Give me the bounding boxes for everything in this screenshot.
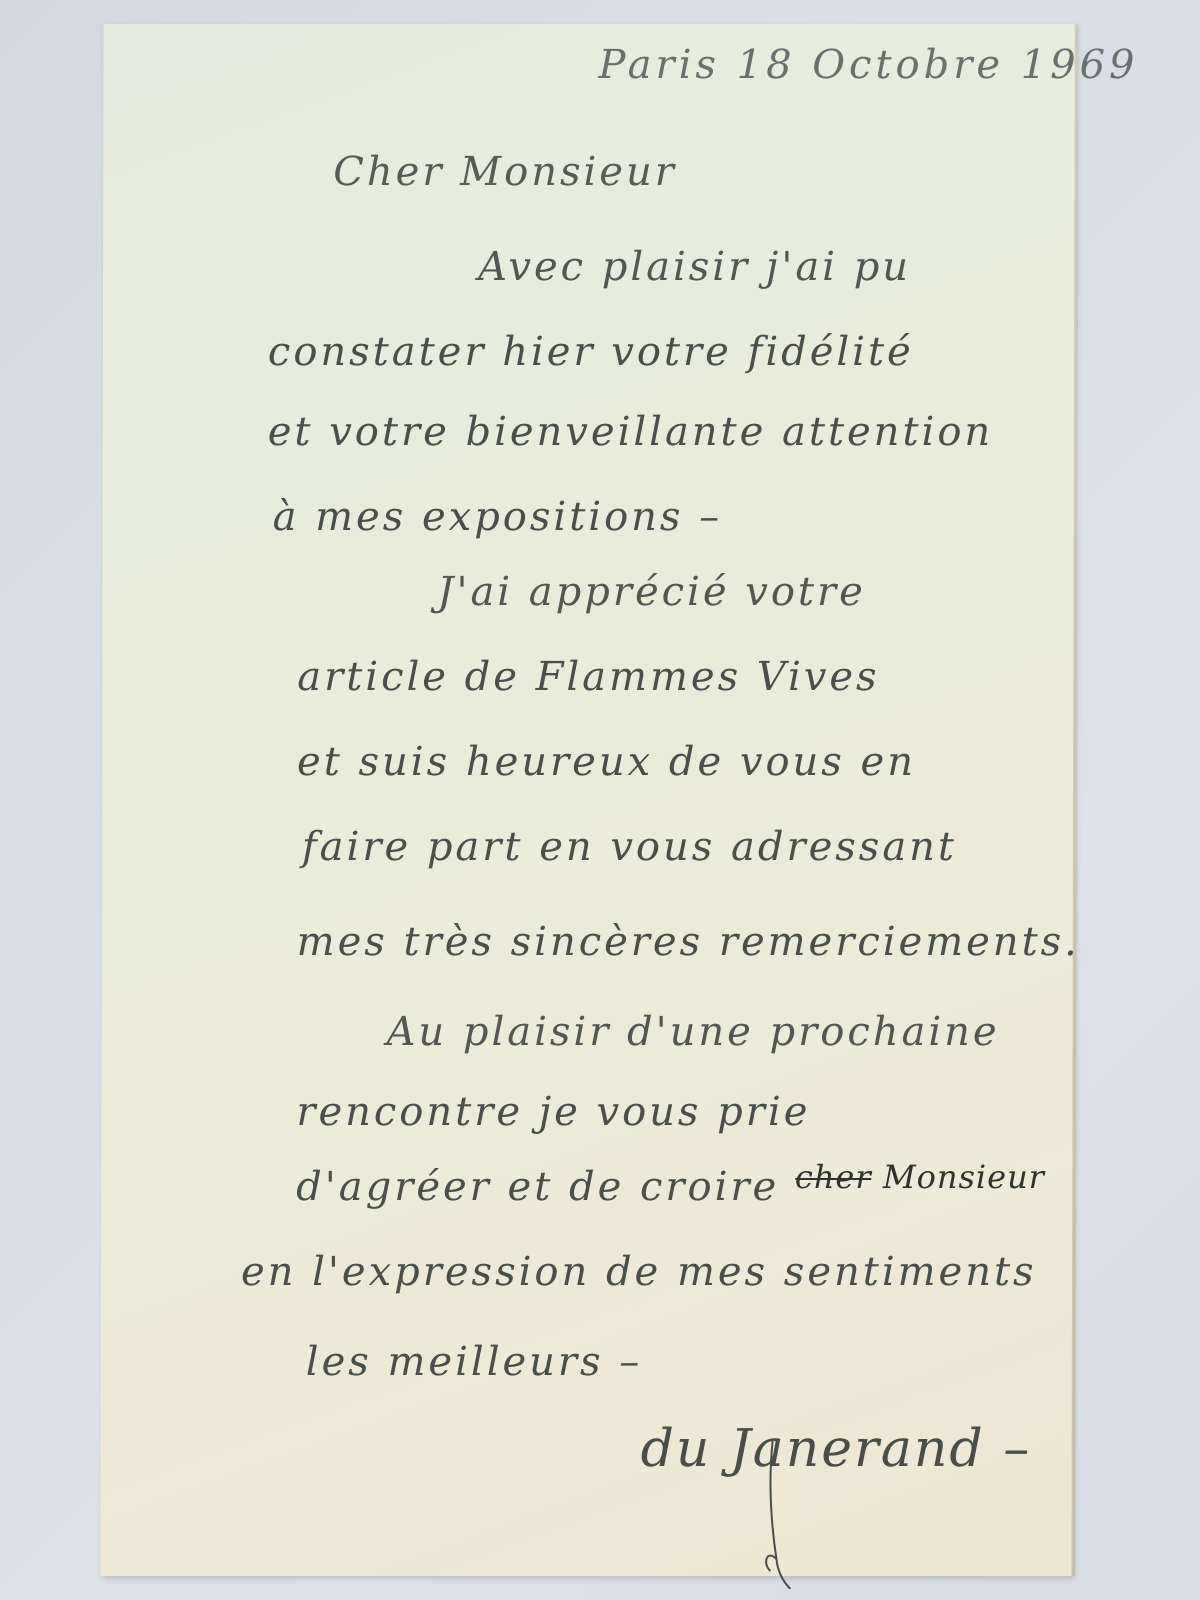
date-line: Paris 18 Octobre 1969: [598, 42, 1138, 88]
body-line-14: les meilleurs –: [306, 1339, 643, 1385]
body-line-11: rencontre je vous prie: [296, 1089, 810, 1135]
inserted-word: Monsieur: [872, 1158, 1045, 1196]
body-line-12-text: d'agréer et de croire: [296, 1164, 779, 1210]
body-line-7: et suis heureux de vous en: [297, 739, 916, 785]
body-line-4: à mes expositions –: [273, 494, 723, 540]
body-line-12: d'agréer et de croire cher Monsieur: [296, 1164, 1045, 1210]
body-line-5: J'ai apprécié votre: [437, 569, 865, 615]
signature: du Janerand –: [641, 1419, 1032, 1479]
body-line-3: et votre bienveillante attention: [268, 409, 994, 455]
body-line-2: constater hier votre fidélité: [268, 329, 914, 375]
body-line-9: mes très sincères remerciements.: [297, 919, 1080, 965]
struck-word: cher: [795, 1158, 872, 1196]
body-line-6: article de Flammes Vives: [297, 654, 879, 700]
body-line-13: en l'expression de mes sentiments: [241, 1249, 1037, 1295]
letter-sheet: Paris 18 Octobre 1969 Cher Monsieur Avec…: [100, 24, 1075, 1576]
body-line-10: Au plaisir d'une prochaine: [386, 1009, 999, 1055]
inserted-correction: cher Monsieur: [795, 1158, 1045, 1196]
salutation: Cher Monsieur: [333, 149, 677, 195]
body-line-1: Avec plaisir j'ai pu: [478, 244, 911, 290]
signature-flourish-icon: [760, 1439, 800, 1589]
body-line-8: faire part en vous adressant: [302, 824, 957, 870]
